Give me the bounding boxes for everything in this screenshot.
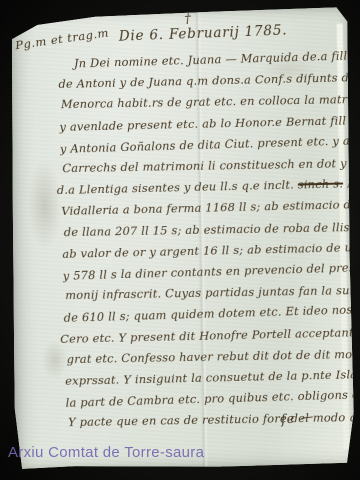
manuscript-line: Y pacte que en cas de restitucio fore de… <box>68 407 360 433</box>
archive-stamp-text: Arxiu Comtat de Torre-saura <box>8 444 204 461</box>
document-scan: † Pg.m et trag.m Die 6. Februarij 1785. … <box>0 0 360 480</box>
manuscript-body: Jn Dei nomine etc. Juana — Marquida de.a… <box>58 46 359 434</box>
date-heading: Die 6. Februarij 1785. <box>119 23 288 45</box>
margin-note: Pg.m et trag.m <box>14 25 109 52</box>
paper-stain <box>27 160 62 251</box>
struck-out-word: sinch s. <box>298 177 344 192</box>
manuscript-paper: † Pg.m et trag.m Die 6. Februarij 1785. … <box>6 5 355 472</box>
cross-mark: † <box>184 12 191 27</box>
